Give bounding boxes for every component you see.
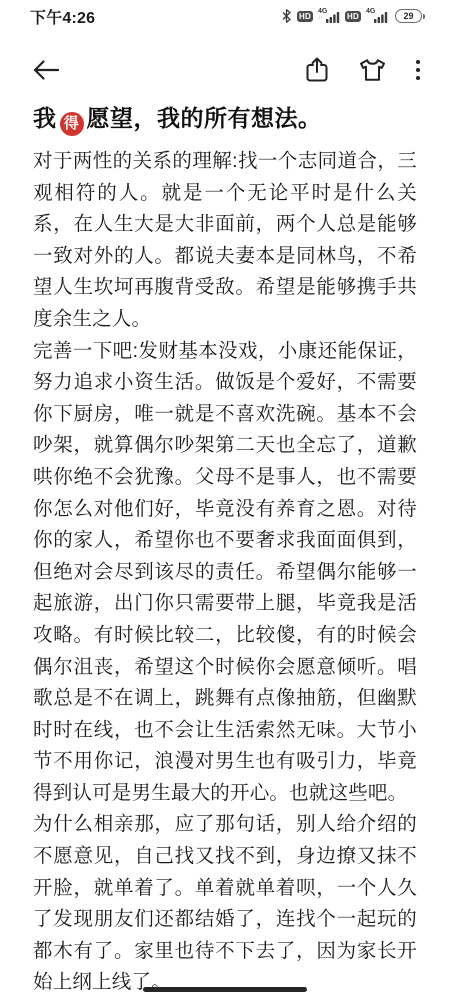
nav-bar xyxy=(0,44,450,96)
post-paragraph: 完善一下吧:发财基本没戏，小康还能保证，努力追求小资生活。做饭是个爱好，不需要你… xyxy=(33,336,417,810)
more-options-button[interactable] xyxy=(416,60,421,81)
status-bar: 下午4:26 HD 4G ↓↑ HD 4G xyxy=(0,0,450,32)
share-icon xyxy=(305,57,329,83)
share-button[interactable] xyxy=(305,57,329,83)
bluetooth-icon xyxy=(281,9,292,23)
hd-voice-icon: HD xyxy=(297,11,313,22)
status-time: 下午4:26 xyxy=(30,5,95,28)
post-paragraph: 为什么相亲那，应了那句话，别人给介绍的不愿意见，自己找又找不到，身边撩又抹不开脸… xyxy=(33,809,417,999)
wardrobe-button[interactable] xyxy=(359,58,386,82)
phone-screen: 下午4:26 HD 4G ↓↑ HD 4G xyxy=(0,0,450,1000)
battery-icon: 29 xyxy=(395,9,422,23)
status-icons: HD 4G ↓↑ HD 4G xyxy=(281,9,422,24)
title-badge: 得 xyxy=(60,112,84,136)
home-indicator[interactable] xyxy=(143,987,307,992)
signal-sim1-icon: 4G ↓↑ xyxy=(318,9,340,24)
back-arrow-icon xyxy=(33,60,59,80)
title-prefix: 我 xyxy=(33,105,57,131)
post-paragraph: 对于两性的关系的理解:找一个志同道合，三观相符的人。就是一个无论平时是什么关系，… xyxy=(33,146,417,336)
signal-sim2-icon: 4G xyxy=(366,9,388,24)
post-title: 我得愿望，我的所有想法。 xyxy=(33,102,417,136)
title-suffix: 愿望，我的所有想法。 xyxy=(87,105,322,131)
post-body: 对于两性的关系的理解:找一个志同道合，三观相符的人。就是一个无论平时是什么关系，… xyxy=(33,146,417,999)
post-content: 我得愿望，我的所有想法。 对于两性的关系的理解:找一个志同道合，三观相符的人。就… xyxy=(0,96,450,999)
hd-voice-icon: HD xyxy=(345,11,361,22)
back-button[interactable] xyxy=(33,60,59,80)
tshirt-icon xyxy=(359,58,386,82)
kebab-menu-icon xyxy=(416,60,421,81)
